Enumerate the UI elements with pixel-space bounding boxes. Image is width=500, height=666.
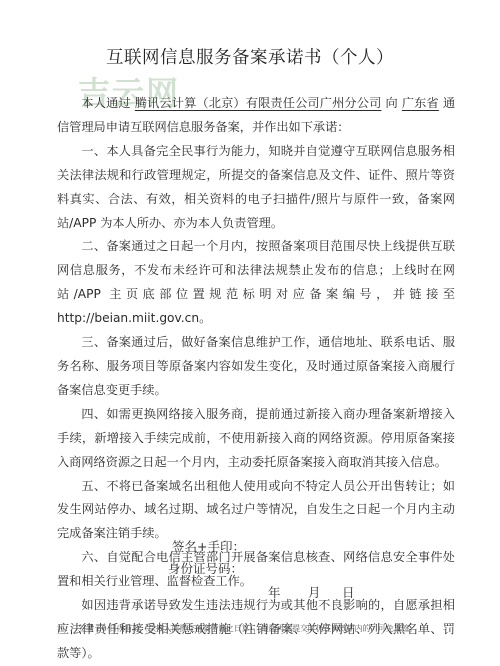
signature-label: 签名+手印： [172, 537, 245, 555]
commitment-3: 三、备案通过后，做好备案信息维护工作，通信地址、联系电话、服务名称、服务项目等原… [57, 331, 455, 403]
commitment-4: 四、如需更换网络接入服务商，提前通过新接入商办理备案新增接入手续，新增接入手续完… [57, 403, 455, 475]
footnote-label: 注： [57, 624, 73, 633]
date-year: 年 [268, 583, 281, 601]
commitment-6: 六、自觉配合电信主管部门开展备案信息核查、网络信息安全事件处置和相关行业管理、监… [57, 546, 455, 594]
date-day: 日 [342, 583, 355, 601]
commitment-5: 五、不将已备案域名出租他人使用或向不特定人员公开出售转让；如发生网站停办、域名过… [57, 475, 455, 547]
date-month: 月 [308, 583, 321, 601]
provider-name: 腾讯云计算（北京）有限责任公司广州分公司 [135, 96, 382, 110]
footnote-text: 签署 60 日内有效（以接入商提交备案申请之日算），退回再次提交时仍在有效期内的… [79, 624, 417, 633]
province-name: 广东省 [402, 96, 439, 110]
id-number-label: 身份证号码： [168, 559, 243, 577]
commitment-2: 二、备案通过之日起一个月内，按照备案项目范围尽快上线提供互联网信息服务，不发布未… [57, 235, 455, 331]
intro-prefix: 本人通过 [81, 96, 130, 110]
commitment-1: 一、本人具备完全民事行为能力，知晓并自觉遵守互联网信息服务相关法律法规和行政管理… [57, 140, 455, 236]
intro-paragraph: 本人通过 腾讯云计算（北京）有限责任公司广州分公司 向 广东省 通信管理局申请互… [57, 92, 455, 140]
document-page: 吉云网 互联网信息服务备案承诺书（个人） 本人通过 腾讯云计算（北京）有限责任公… [0, 0, 500, 666]
footnote: 注：签署 60 日内有效（以接入商提交备案申请之日算），退回再次提交时仍在有效期… [57, 622, 435, 635]
document-title: 互联网信息服务备案承诺书（个人） [0, 44, 500, 69]
intro-to: 向 [385, 96, 397, 110]
document-body: 本人通过 腾讯云计算（北京）有限责任公司广州分公司 向 广东省 通信管理局申请互… [57, 92, 455, 666]
